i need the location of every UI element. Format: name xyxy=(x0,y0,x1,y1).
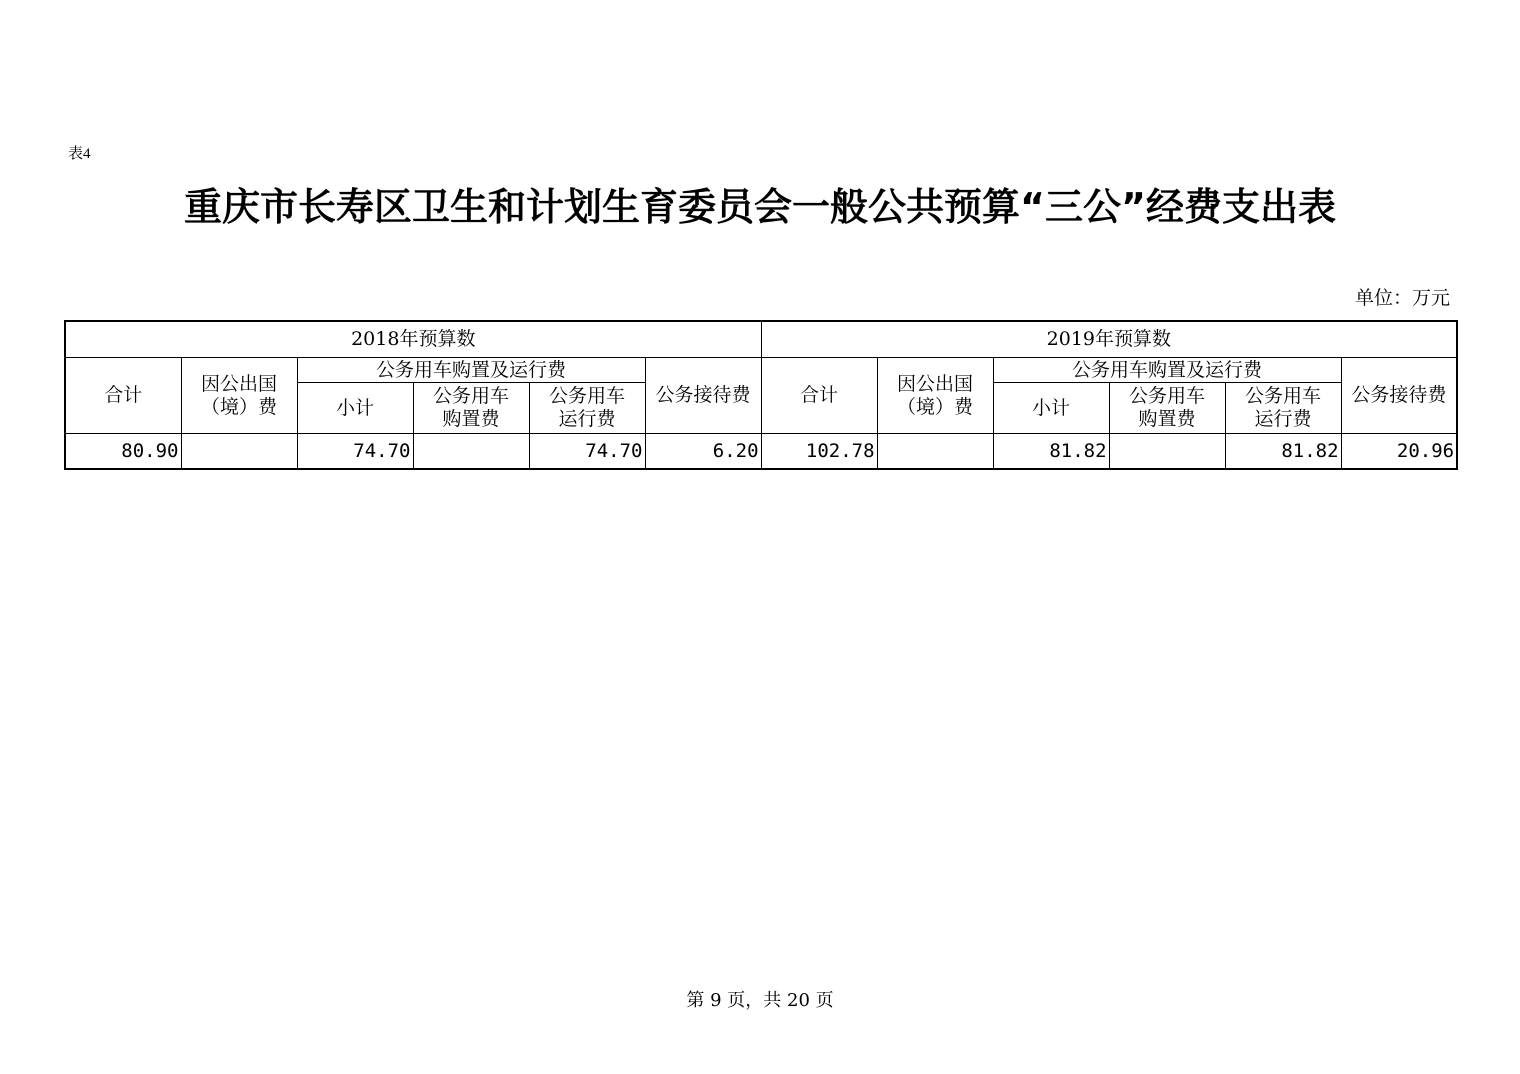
unit-label: 单位：万元 xyxy=(1355,283,1450,310)
header-operation-line1: 公务用车 xyxy=(530,385,645,408)
header-purchase-line2: 购置费 xyxy=(1110,408,1225,431)
page-footer: 第 9 页，共 20 页 xyxy=(0,986,1520,1012)
year-header-2019: 2019年预算数 xyxy=(761,321,1457,358)
page-title: 重庆市长寿区卫生和计划生育委员会一般公共预算“三公”经费支出表 xyxy=(0,176,1520,231)
year-header-2018: 2018年预算数 xyxy=(65,321,761,358)
header-abroad-line2: （境）费 xyxy=(182,396,297,419)
value-subtotal-2019: 81.82 xyxy=(993,434,1109,470)
value-total-2019: 102.78 xyxy=(761,434,877,470)
header-reception-2018: 公务接待费 xyxy=(645,358,761,434)
value-subtotal-2018: 74.70 xyxy=(297,434,413,470)
value-reception-2019: 20.96 xyxy=(1341,434,1457,470)
header-subtotal-2018: 小计 xyxy=(297,383,413,434)
header-operation-line1: 公务用车 xyxy=(1226,385,1341,408)
header-purchase-2018: 公务用车购置费 xyxy=(413,383,529,434)
header-purchase-2019: 公务用车购置费 xyxy=(1109,383,1225,434)
table-label: 表4 xyxy=(68,142,91,163)
header-purchase-line1: 公务用车 xyxy=(414,385,529,408)
value-purchase-2019 xyxy=(1109,434,1225,470)
value-abroad-2018 xyxy=(181,434,297,470)
header-abroad-2019: 因公出国（境）费 xyxy=(877,358,993,434)
header-reception-2019: 公务接待费 xyxy=(1341,358,1457,434)
header-abroad-2018: 因公出国（境）费 xyxy=(181,358,297,434)
header-vehicle-group-2019: 公务用车购置及运行费 xyxy=(993,358,1341,383)
header-total-2018: 合计 xyxy=(65,358,181,434)
header-operation-line2: 运行费 xyxy=(530,408,645,431)
header-operation-line2: 运行费 xyxy=(1226,408,1341,431)
three-public-expenses-table: 2018年预算数 2019年预算数 合计 因公出国（境）费 公务用车购置及运行费… xyxy=(64,320,1458,470)
header-operation-2019: 公务用车运行费 xyxy=(1225,383,1341,434)
value-total-2018: 80.90 xyxy=(65,434,181,470)
header-purchase-line1: 公务用车 xyxy=(1110,385,1225,408)
value-operation-2019: 81.82 xyxy=(1225,434,1341,470)
value-reception-2018: 6.20 xyxy=(645,434,761,470)
table-row: 80.90 74.70 74.70 6.20 102.78 81.82 81.8… xyxy=(65,434,1457,470)
header-abroad-line1: 因公出国 xyxy=(878,373,993,396)
header-subtotal-2019: 小计 xyxy=(993,383,1109,434)
header-total-2019: 合计 xyxy=(761,358,877,434)
value-operation-2018: 74.70 xyxy=(529,434,645,470)
header-abroad-line2: （境）费 xyxy=(878,396,993,419)
header-vehicle-group-2018: 公务用车购置及运行费 xyxy=(297,358,645,383)
header-abroad-line1: 因公出国 xyxy=(182,373,297,396)
value-purchase-2018 xyxy=(413,434,529,470)
header-operation-2018: 公务用车运行费 xyxy=(529,383,645,434)
header-purchase-line2: 购置费 xyxy=(414,408,529,431)
value-abroad-2019 xyxy=(877,434,993,470)
